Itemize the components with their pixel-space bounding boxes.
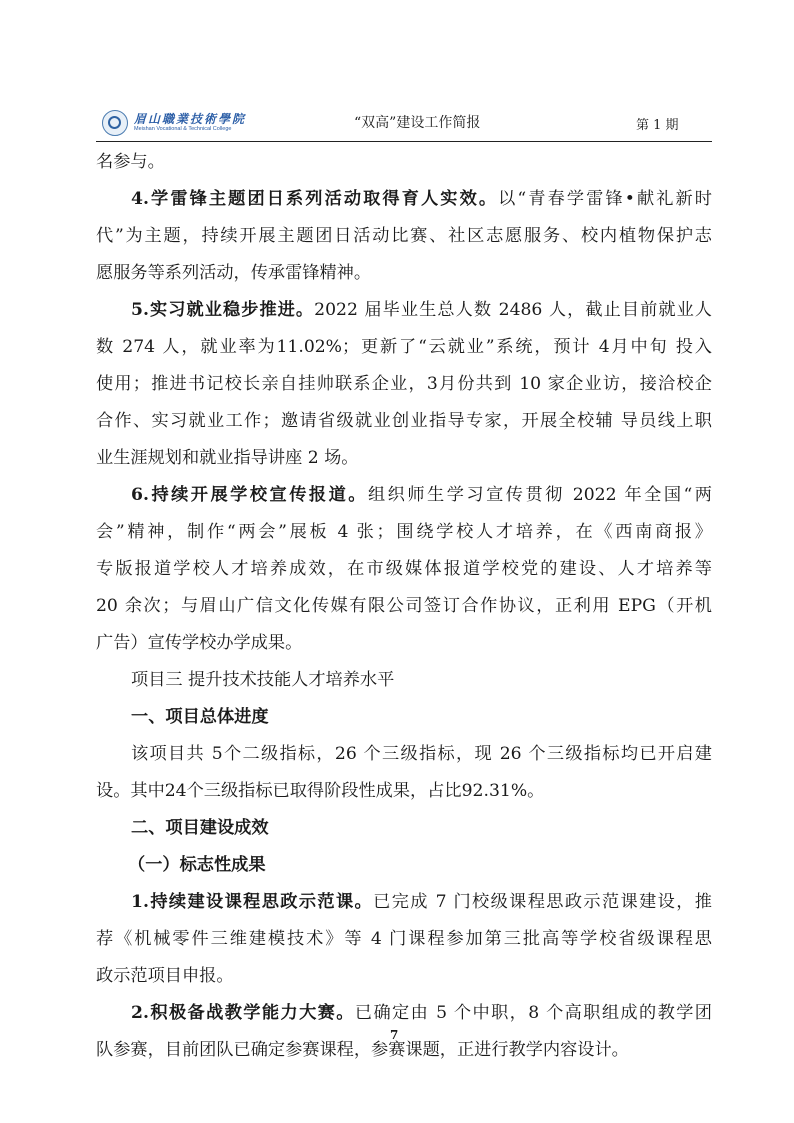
school-logo: 眉山職業技術學院 Meishan Vocational & Technical …: [102, 110, 262, 138]
paragraph-6-line-5: 广告）宣传学校办学成果。: [96, 631, 712, 655]
subsection-1-heading: （一）标志性成果: [128, 853, 744, 877]
paragraph-5-line-5: 业生涯规划和就业指导讲座 2 场。: [96, 446, 712, 470]
section-1-line-2: 设。其中24个三级指标已取得阶段性成果，占比92.31%。: [96, 779, 712, 803]
school-name-cn: 眉山職業技術學院: [134, 110, 246, 127]
paragraph-4-line-3: 愿服务等系列活动，传承雷锋精神。: [96, 261, 712, 285]
paragraph-5-line-2: 数 274 人，就业率为11.02%；更新了“云就业”系统，预计 4月中旬 投入: [96, 335, 712, 359]
paragraph-6-line-2: 会”精神，制作“两会”展板 4 张；围绕学校人才培养，在《西南商报》: [96, 520, 712, 544]
item-1-lead: 1.持续建设课程思政示范课。: [131, 892, 373, 912]
school-name-en: Meishan Vocational & Technical College: [134, 126, 231, 132]
paragraph-6-lead: 6.持续开展学校宣传报道。: [131, 485, 368, 505]
header-divider: [96, 141, 712, 142]
paragraph-6-text: 组织师生学习宣传贯彻 2022 年全国“两: [368, 485, 712, 505]
paragraph-5-text: 2022 届毕业生总人数 2486 人，截止目前就业人: [314, 300, 712, 320]
paragraph-6-line-1: 6.持续开展学校宣传报道。组织师生学习宣传贯彻 2022 年全国“两: [131, 483, 712, 507]
paragraph-4-line-1: 4.学雷锋主题团日系列活动取得育人实效。以“青春学雷锋•献礼新时: [131, 187, 712, 211]
bulletin-title: “双高”建设工作简报: [354, 112, 480, 132]
issue-number: 第 1 期: [636, 114, 679, 133]
item-2-text: 已确定由 5 个中职，8 个高职组成的教学团: [355, 1003, 712, 1023]
item-1-line-3: 政示范项目申报。: [96, 964, 712, 988]
paragraph-continuation: 名参与。: [96, 150, 712, 174]
paragraph-5-lead: 5.实习就业稳步推进。: [131, 300, 314, 320]
item-1-line-1: 1.持续建设课程思政示范课。已完成 7 门校级课程思政示范课建设，推: [131, 890, 712, 914]
section-1-line-1: 该项目共 5个二级指标，26 个三级指标，现 26 个三级指标均已开启建: [131, 742, 712, 766]
item-1-text: 已完成 7 门校级课程思政示范课建设，推: [373, 892, 712, 912]
paragraph-6-line-3: 专版报道学校人才培养成效，在市级媒体报道学校党的建设、人才培养等: [96, 557, 712, 581]
page-number: 7: [390, 1028, 398, 1042]
item-2-line-1: 2.积极备战教学能力大赛。已确定由 5 个中职，8 个高职组成的教学团: [131, 1001, 712, 1025]
paragraph-5-line-1: 5.实习就业稳步推进。2022 届毕业生总人数 2486 人，截止目前就业人: [131, 298, 712, 322]
paragraph-5-line-3: 使用；推进书记校长亲自挂帅联系企业，3月份共到 10 家企业访，接洽校企: [96, 372, 712, 396]
school-emblem-icon: [102, 110, 128, 136]
section-1-heading: 一、项目总体进度: [131, 705, 712, 729]
paragraph-4-text: 以“青春学雷锋•献礼新时: [498, 189, 712, 209]
page-header: 眉山職業技術學院 Meishan Vocational & Technical …: [96, 108, 712, 140]
paragraph-6-line-4: 20 余次；与眉山广信文化传媒有限公司签订合作协议，正利用 EPG（开机: [96, 594, 712, 618]
paragraph-4-line-2: 代”为主题，持续开展主题团日活动比赛、社区志愿服务、校内植物保护志: [96, 224, 712, 248]
item-2-line-2: 队参赛，目前团队已确定参赛课程，参赛课题，正进行教学内容设计。: [96, 1038, 712, 1062]
project-title: 项目三 提升技术技能人才培养水平: [131, 668, 712, 692]
item-2-lead: 2.积极备战教学能力大赛。: [131, 1003, 355, 1023]
section-2-heading: 二、项目建设成效: [131, 816, 712, 840]
paragraph-5-line-4: 合作、实习就业工作；邀请省级就业创业指导专家，开展全校辅 导员线上职: [96, 409, 712, 433]
paragraph-4-lead: 4.学雷锋主题团日系列活动取得育人实效。: [131, 189, 498, 209]
item-1-line-2: 荐《机械零件三维建模技术》等 4 门课程参加第三批高等学校省级课程思: [96, 927, 712, 951]
